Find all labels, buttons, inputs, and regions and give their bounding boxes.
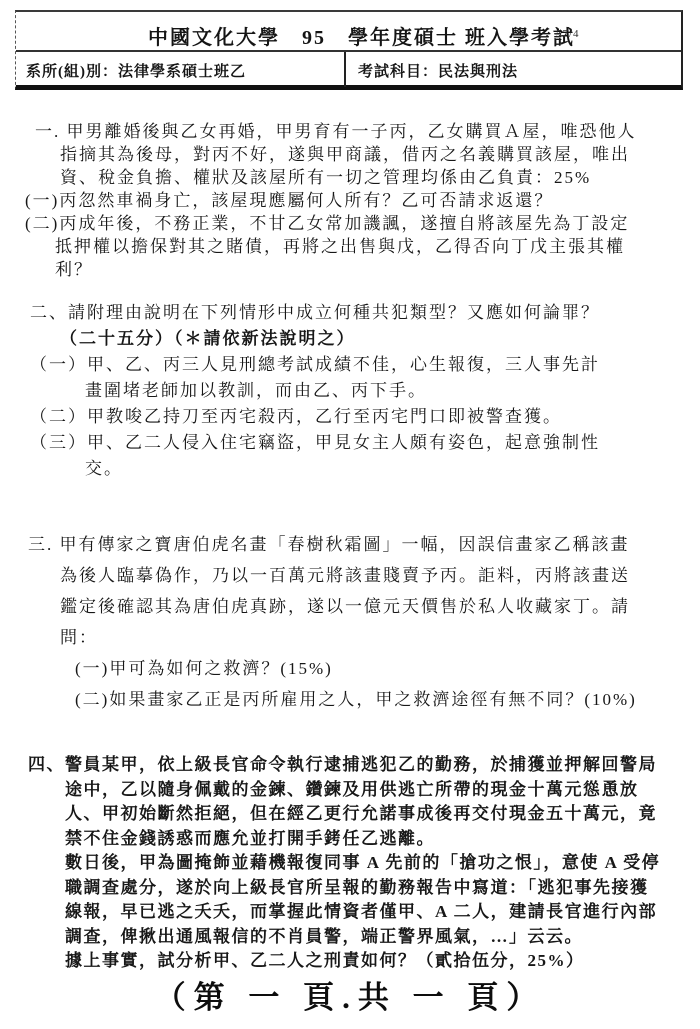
question-line: 據上事實，試分析甲、乙二人之刑責如何？（貳拾伍分，25%） (65, 949, 700, 974)
exam-page: 中國文化大學 95 學年度碩士 班入學考試 57/4 系所(組)別：法律學系碩士… (0, 0, 700, 1029)
exam-title: 中國文化大學 95 學年度碩士 班入學考試 (148, 21, 575, 50)
question-line: 為後人臨摹偽作，乃以一百萬元將該畫賤賣予丙。詎料，丙將該畫送 (60, 560, 700, 591)
question-line: 抵押權以擔保對其之賭債，再將之出售與戊，乙得否向丁戊主張其權 (55, 235, 700, 258)
question-line: （二十五分）（＊請依新法說明之） (60, 326, 700, 352)
question-line: 數日後，甲為圖掩飾並藉機報復同事 A 先前的「搶功之恨」，意使 A 受停 (65, 851, 700, 876)
question-line: 二、請附理由說明在下列情形中成立何種共犯類型？又應如何論罪？ (30, 300, 700, 326)
question-line: 畫圍堵老師加以教訓，而由乙、丙下手。 (85, 378, 700, 404)
question-2: 二、請附理由說明在下列情形中成立何種共犯類型？又應如何論罪？ （二十五分）（＊請… (0, 300, 700, 482)
question-line: 三. 甲有傳家之寶唐伯虎名畫「春樹秋霜圖」一幅，因誤信畫家乙稱該畫 (28, 529, 700, 560)
question-line: 指摘其為後母，對丙不好，遂與甲商議，借丙之名義購買該屋，唯出 (60, 143, 700, 166)
page-footer: （第 一 頁.共 一 頁） (0, 972, 700, 1017)
question-line: (二)如果畫家乙正是丙所雇用之人，甲之救濟途徑有無不同？(10%) (75, 684, 700, 715)
question-line: 調查，俾揪出通風報信的不肖員警，端正警界風氣，…」云云。 (65, 925, 700, 950)
question-line: 利？ (55, 258, 700, 281)
question-line: 一. 甲男離婚後與乙女再婚，甲男育有一子丙，乙女購買Ａ屋，唯恐他人 (35, 120, 700, 143)
question-1: 一. 甲男離婚後與乙女再婚，甲男育有一子丙，乙女購買Ａ屋，唯恐他人 指摘其為後母… (0, 120, 700, 281)
header-title-row: 中國文化大學 95 學年度碩士 班入學考試 57/4 (16, 12, 681, 52)
question-4: 四、警員某甲，依上級長官命令執行逮捕逃犯乙的勤務，於捕獲並押解回警局 途中，乙以… (0, 753, 700, 974)
page-code: 57/4 (556, 28, 580, 40)
question-line: 鑑定後確認其為唐伯虎真跡，遂以一億元天價售於私人收藏家丁。請 (60, 591, 700, 622)
question-line: 問： (60, 622, 700, 653)
question-line: (一)甲可為如何之救濟？(15%) (75, 653, 700, 684)
subject-cell: 考試科目：民法與刑法 (346, 52, 681, 87)
question-line: 資、稅金負擔、權狀及該屋所有一切之管理均係由乙負責：25% (60, 166, 700, 189)
question-line: 四、警員某甲，依上級長官命令執行逮捕逃犯乙的勤務，於捕獲並押解回警局 (28, 753, 700, 778)
question-line: 禁不住金錢誘惑而應允並打開手銬任乙逃離。 (65, 827, 700, 852)
question-line: （一）甲、乙、丙三人見刑總考試成績不佳，心生報復，三人事先計 (30, 352, 700, 378)
exam-header: 中國文化大學 95 學年度碩士 班入學考試 57/4 系所(組)別：法律學系碩士… (15, 10, 683, 90)
question-3: 三. 甲有傳家之寶唐伯虎名畫「春樹秋霜圖」一幅，因誤信畫家乙稱該畫 為後人臨摹偽… (0, 529, 700, 715)
department-cell: 系所(組)別：法律學系碩士班乙 (16, 52, 346, 87)
question-line: （三）甲、乙二人侵入住宅竊盜，甲見女主人頗有姿色，起意強制性 (30, 430, 700, 456)
question-line: (二)丙成年後，不務正業，不甘乙女常加譏諷，遂擅自將該屋先為丁設定 (25, 212, 700, 235)
question-line: (一)丙忽然車禍身亡，該屋現應屬何人所有？乙可否請求返還？ (25, 189, 700, 212)
exam-body: 一. 甲男離婚後與乙女再婚，甲男育有一子丙，乙女購買Ａ屋，唯恐他人 指摘其為後母… (0, 90, 700, 974)
question-line: （二）甲教唆乙持刀至丙宅殺丙，乙行至丙宅門口即被警查獲。 (30, 404, 700, 430)
question-line: 交。 (85, 456, 700, 482)
question-line: 職調查處分，遂於向上級長官所呈報的勤務報告中寫道：「逃犯事先接獲 (65, 876, 700, 901)
header-info-row: 系所(組)別：法律學系碩士班乙 考試科目：民法與刑法 (16, 52, 681, 87)
question-line: 途中，乙以隨身佩戴的金鍊、鑽鍊及用供逃亡所帶的現金十萬元慫恿放 (65, 778, 700, 803)
question-line: 線報，早已逃之夭夭，而掌握此情資者僅甲、A 二人，建請長官進行內部 (65, 900, 700, 925)
question-line: 人、甲初始斷然拒絕，但在經乙更行允諾事成後再交付現金五十萬元，竟 (65, 802, 700, 827)
